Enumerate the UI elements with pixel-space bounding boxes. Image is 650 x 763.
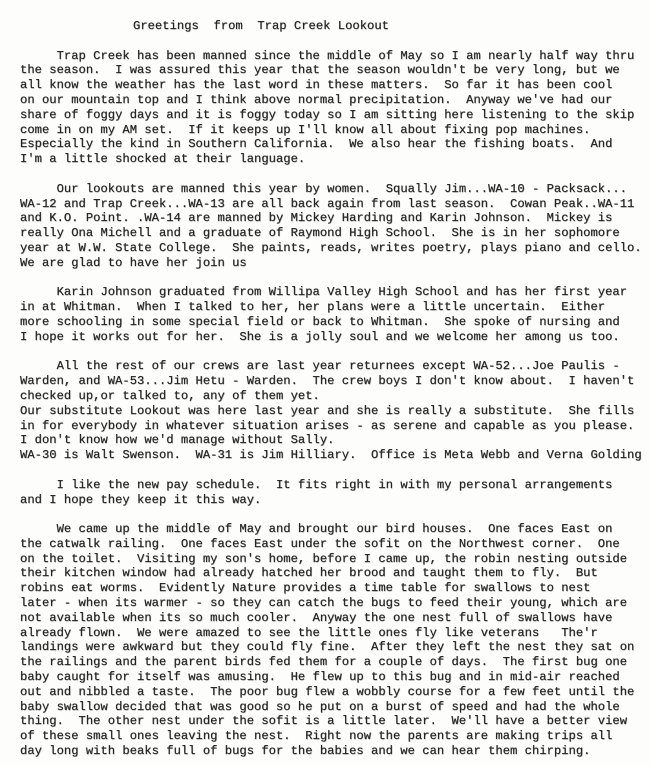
paragraph-karin-johnson: Karin Johnson graduated from Willipa Val… <box>20 285 648 344</box>
paragraph-pay-schedule: I like the new pay schedule. It fits rig… <box>20 478 648 508</box>
paragraph-lookouts-women: Our lookouts are manned this year by wom… <box>20 182 648 271</box>
document-title: Greetings from Trap Creek Lookout <box>133 19 648 34</box>
paragraph-intro-season: Trap Creek has been manned since the mid… <box>20 49 648 167</box>
paragraph-crews-returnees: All the rest of our crews are last year … <box>20 359 648 463</box>
document-page: Greetings from Trap Creek Lookout Trap C… <box>0 0 650 763</box>
paragraph-bird-houses: We came up the middle of May and brought… <box>20 522 648 759</box>
